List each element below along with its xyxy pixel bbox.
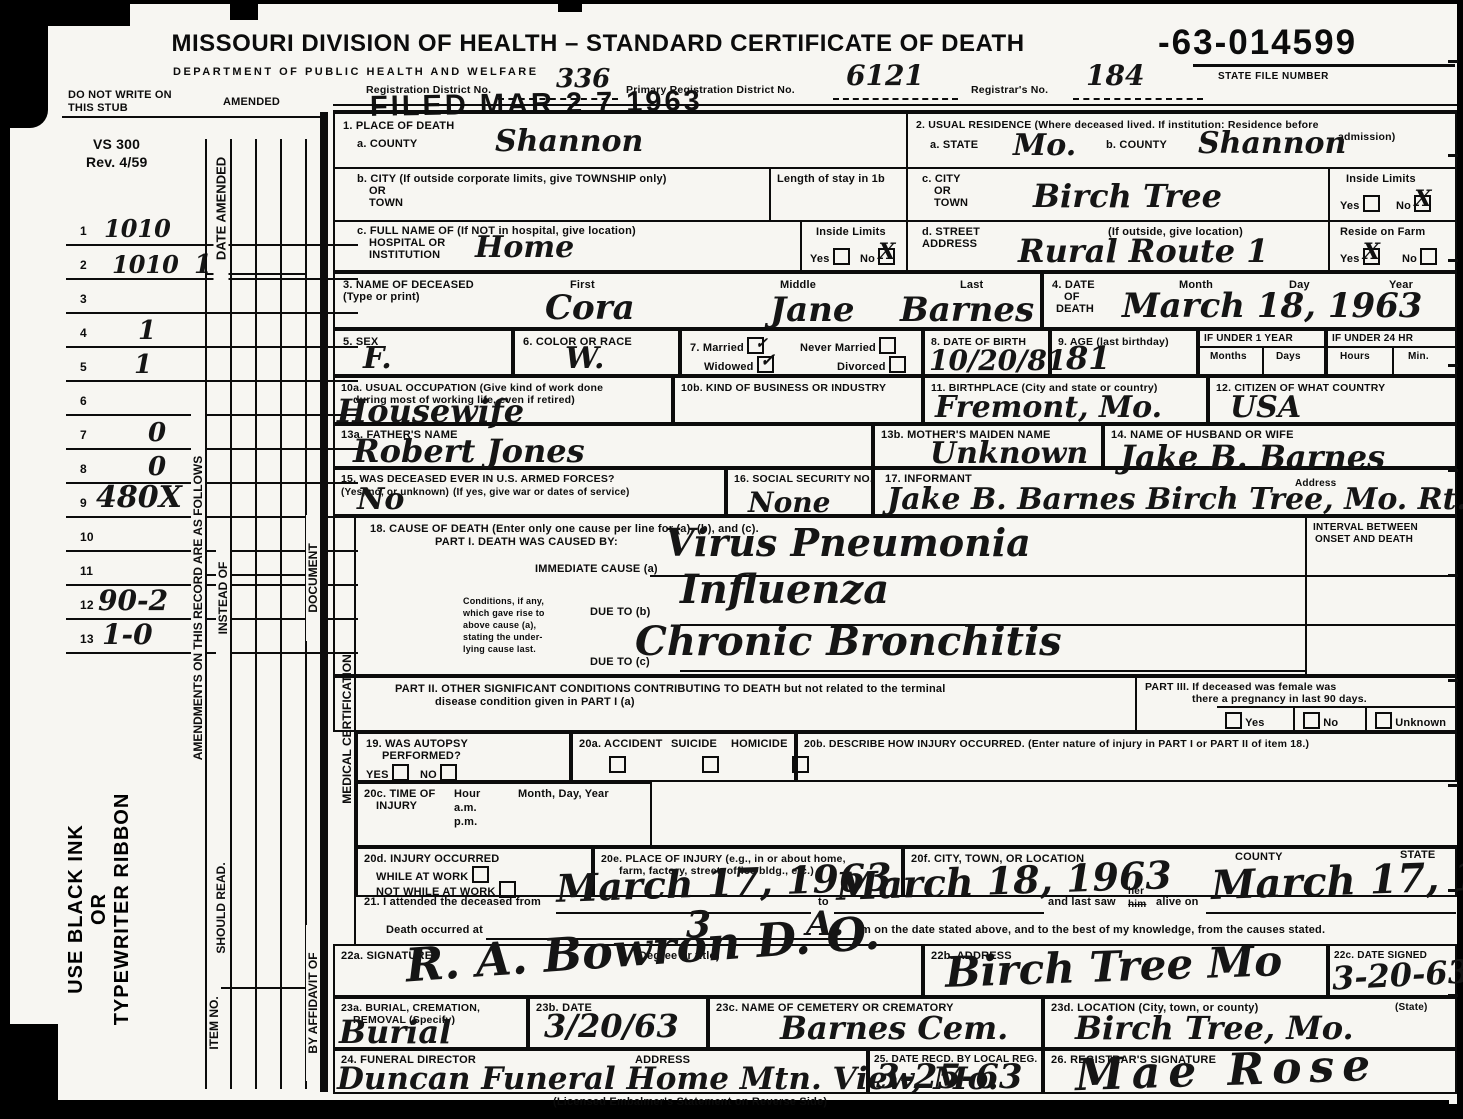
cause-c-value: Chronic Bronchitis <box>635 618 1062 665</box>
field-8-value: 10/20/81 <box>929 344 1066 377</box>
stub-row-num: 11 <box>80 564 93 578</box>
rule-line <box>833 98 958 100</box>
grid-line <box>1365 708 1367 730</box>
checkbox-never-married <box>879 337 896 354</box>
field-23b-date: 23b. DATE 3/20/63 <box>528 997 708 1049</box>
field-13b-value: Unknown <box>930 436 1088 471</box>
field-15-label3: (If yes, give war or dates of service) <box>453 487 630 499</box>
rule-line <box>62 116 320 118</box>
stub-item-no-label: ITEM NO. <box>207 975 221 1071</box>
pregnancy-unknown: Unknown <box>1375 712 1446 730</box>
checkbox-widowed: ✓ <box>757 356 774 373</box>
stub-row: 9480X <box>66 482 358 518</box>
field-22b-address: 22b. ADDRESS Birch Tree Mo <box>923 944 1328 997</box>
checkbox-no <box>440 764 457 781</box>
part3-options: Yes No Unknown <box>1217 706 1457 732</box>
months-label: Months <box>1210 351 1247 363</box>
reside-on-farm-label: Reside on Farm <box>1340 226 1425 239</box>
hours-cell: Hours <box>1328 346 1394 376</box>
field-26-registrar-signature: 26. REGISTRAR'S SIGNATURE Mae Rose <box>1043 1049 1457 1094</box>
stub-row-num: 10 <box>80 530 94 544</box>
rule-line <box>1073 98 1203 100</box>
medical-certification-label: MEDICAL CERTIFICATION <box>340 561 354 897</box>
grid-line <box>255 139 257 1089</box>
pregnancy-no: No <box>1303 712 1338 730</box>
field-15-value: No <box>357 482 404 517</box>
use-black-ink-line3: TYPEWRITER RIBBON <box>111 774 134 1044</box>
checkbox-no <box>1420 248 1437 265</box>
field-2c-town: TOWN <box>934 197 968 210</box>
stub-row-num: 7 <box>80 428 87 442</box>
field-13b-mother: 13b. MOTHER'S MAIDEN NAME Unknown <box>873 424 1103 468</box>
farm-no: No <box>1402 248 1437 266</box>
field-7-married: 7. Married ✓ <box>690 337 764 355</box>
stub-row: 51 <box>66 346 358 382</box>
stub-amended-label: AMENDED <box>223 96 280 109</box>
grid-line <box>205 139 207 1089</box>
field-24-funeral-director: 24. FUNERAL DIRECTOR ADDRESS Duncan Fune… <box>333 1049 868 1094</box>
edge-dash <box>1448 784 1458 787</box>
interval-label-1: INTERVAL BETWEEN <box>1313 522 1418 534</box>
field-13a-father: 13a. FATHER'S NAME Robert Jones <box>333 424 873 468</box>
stub-date-amended-label: DATE AMENDED <box>214 136 229 282</box>
field-20a-manner: 20a. ACCIDENT SUICIDE HOMICIDE <box>571 732 796 782</box>
field-21-alive: alive on <box>1156 896 1199 909</box>
scan-artifact <box>0 124 10 1114</box>
field-4-date-of-death: 4. DATE OF DEATH Month Day Year March 18… <box>1042 272 1457 329</box>
registrar-no-label: Registrar's No. <box>971 84 1048 96</box>
days-label: Days <box>1276 351 1301 363</box>
field-9-under-1-year: IF UNDER 1 YEAR Months Days <box>1198 329 1326 376</box>
field-1a-county-label: a. COUNTY <box>357 138 417 151</box>
conditions-note-3: above cause (a), <box>463 620 536 631</box>
stub-row-num: 4 <box>80 326 87 340</box>
stub-row: 41 <box>66 312 358 348</box>
field-25-value: 3-25-63 <box>876 1057 1023 1097</box>
part3-label-1: PART III. If deceased was female was <box>1145 681 1336 693</box>
field-1a-county-value: Shannon <box>495 124 643 159</box>
field-2a-state-label: a. STATE <box>930 139 978 152</box>
cause-a-value: Virus Pneumonia <box>665 520 1031 565</box>
stub-row-value: 0 <box>148 418 166 448</box>
field-18-cause-of-death: 18. CAUSE OF DEATH (Enter only one cause… <box>333 516 1457 676</box>
field-1b-length-cell: Length of stay in 1b <box>769 169 908 220</box>
field-2d-label2: ADDRESS <box>922 238 977 251</box>
field-23c-value: Barnes Cem. <box>780 1009 1008 1047</box>
field-1c-inside-limits-cell: Inside Limits Yes No X <box>800 222 908 270</box>
field-19-label2: PERFORMED? <box>382 750 461 763</box>
field-18-part1: PART I. DEATH WAS CAUSED BY: <box>435 536 618 549</box>
rule-line <box>1307 624 1457 626</box>
field-7-divorced: Divorced <box>837 356 906 374</box>
field-15-armed-forces: 15. WAS DECEASED EVER IN U.S. ARMED FORC… <box>333 468 726 516</box>
field-11-birthplace: 11. BIRTHPLACE (City and state or countr… <box>923 376 1208 424</box>
checkbox-yes <box>833 248 850 265</box>
conditions-note-5: lying cause last. <box>463 644 536 655</box>
stub-row-value: 1 <box>134 350 152 380</box>
scan-artifact <box>0 0 48 128</box>
stub-row-value: 1 <box>138 316 156 346</box>
field-11-value: Fremont, Mo. <box>935 390 1162 425</box>
stub-should-read-label: SHOULD READ. <box>214 840 228 976</box>
stub-row-value: 1010 <box>104 214 171 243</box>
state-file-label: STATE FILE NUMBER <box>1218 71 1329 83</box>
part3-box: PART III. If deceased was female was the… <box>1135 678 1457 730</box>
under-24-hr-label: IF UNDER 24 HR <box>1332 333 1413 345</box>
stub-amended-mark: 1 <box>194 250 212 280</box>
checkbox-yes <box>1225 712 1242 729</box>
field-7-never-married: Never Married <box>800 337 896 355</box>
registrar-no-value: 184 <box>1086 59 1144 92</box>
rule-line <box>1307 575 1457 577</box>
field-22b-value: Birch Tree Mo <box>944 936 1283 997</box>
field-21-mid: and last saw <box>1048 896 1116 909</box>
field-10a-occupation: 10a. USUAL OCCUPATION (Give kind of work… <box>333 376 673 424</box>
field-23c-cemetery: 23c. NAME OF CEMETERY OR CREMATORY Barne… <box>708 997 1043 1049</box>
field-23b-value: 3/20/63 <box>544 1007 679 1045</box>
stub-row-value: 0 <box>148 452 166 482</box>
am-label: a.m. <box>454 802 477 815</box>
inside-limits-no: No X <box>1396 195 1431 213</box>
field-4-title3: DEATH <box>1056 303 1094 316</box>
embalmer-note: (Licensed Embalmer's Statement on Revers… <box>553 1096 827 1109</box>
field-23a-value: Burial <box>339 1013 451 1051</box>
field-1b-city: b. CITY (If outside corporate limits, gi… <box>335 167 906 222</box>
stub-row: 6 <box>66 380 358 416</box>
stub-row: 70 <box>66 414 358 450</box>
field-10b-label: 10b. KIND OF BUSINESS OR INDUSTRY <box>681 382 886 394</box>
inside-limits-no: No X <box>860 248 895 266</box>
field-20d-label: 20d. INJURY OCCURRED <box>364 853 499 866</box>
field-5-value: F. <box>363 341 392 376</box>
field-9-age: 9. AGE (last birthday) 81 <box>1050 329 1198 376</box>
field-10b-industry: 10b. KIND OF BUSINESS OR INDUSTRY <box>673 376 923 424</box>
use-black-ink-note: USE BLACK INK OR TYPEWRITER RIBBON <box>65 774 185 1044</box>
stub-amendments-label: AMENDMENTS ON THIS RECORD ARE AS FOLLOWS <box>191 395 205 821</box>
scanned-death-certificate: MISSOURI DIVISION OF HEALTH – STANDARD C… <box>0 0 1463 1119</box>
use-black-ink-line2: OR <box>88 774 111 1044</box>
state-file-number: -63-014599 <box>1158 22 1357 63</box>
suicide-label: SUICIDE <box>671 738 717 751</box>
farm-yes: Yes X <box>1340 248 1380 266</box>
rule-line <box>680 670 1305 672</box>
stub-row-num: 8 <box>80 462 87 476</box>
field-1b-label: b. CITY (If outside corporate limits, gi… <box>357 173 667 186</box>
stub-row-value: 90-2 <box>98 584 168 617</box>
field-2d-value: Rural Route 1 <box>1018 232 1269 270</box>
department-line: DEPARTMENT OF PUBLIC HEALTH AND WELFARE <box>173 66 539 79</box>
field-14-spouse: 14. NAME OF HUSBAND OR WIFE Jake B. Barn… <box>1103 424 1457 468</box>
month-day-year-label: Month, Day, Year <box>518 788 609 801</box>
stub-row-num: 12 <box>80 598 94 612</box>
field-1c-value: Home <box>475 230 574 265</box>
min-cell: Min. <box>1392 346 1455 376</box>
field-18-part2-row: PART II. OTHER SIGNIFICANT CONDITIONS CO… <box>333 676 1457 732</box>
under-1-year-label: IF UNDER 1 YEAR <box>1204 333 1293 345</box>
field-25-date-received: 25. DATE RECD. BY LOCAL REG. 3-25-63 <box>868 1049 1043 1094</box>
field-2-title2: admission) <box>1338 131 1395 143</box>
autopsy-no: NO <box>420 764 457 782</box>
inside-limits-yes: Yes <box>1340 195 1380 213</box>
stub-form-code: VS 300 <box>93 136 140 153</box>
field-20b-describe-injury: 20b. DESCRIBE HOW INJURY OCCURRED. (Ente… <box>796 732 1457 782</box>
pregnancy-yes: Yes <box>1225 712 1265 730</box>
field-20c-time-of-injury: 20c. TIME OF INJURY Hour a.m. p.m. Month… <box>356 782 652 847</box>
field-9-under-24-hr: IF UNDER 24 HR Hours Min. <box>1326 329 1457 376</box>
certificate-page: MISSOURI DIVISION OF HEALTH – STANDARD C… <box>8 4 1457 1104</box>
stub-by-affidavit-label: BY AFFIDAVIT OF <box>306 925 320 1081</box>
checkbox-yes: X <box>1363 248 1380 265</box>
field-16-value: None <box>748 486 830 519</box>
conditions-note-1: Conditions, if any, <box>463 596 544 607</box>
edge-dash <box>1448 60 1458 63</box>
hours-label: Hours <box>1340 351 1370 363</box>
field-19-autopsy: 19. WAS AUTOPSY PERFORMED? YES NO <box>356 732 571 782</box>
scan-artifact <box>558 0 582 12</box>
checkbox-unknown <box>1375 712 1392 729</box>
inside-limits-yes: Yes <box>810 248 850 266</box>
field-2-usual-residence: 2. USUAL RESIDENCE (Where deceased lived… <box>906 112 1457 272</box>
stub-row-num: 5 <box>80 360 87 374</box>
accident-label: 20a. ACCIDENT <box>579 738 663 751</box>
field-7-widowed: Widowed ✓ <box>704 356 774 374</box>
rule-line <box>1193 64 1455 67</box>
primary-reg-value: 6121 <box>846 59 924 92</box>
field-20b-label: 20b. DESCRIBE HOW INJURY OCCURRED. (Ente… <box>804 738 1309 750</box>
stub-row-num: 2 <box>80 258 87 272</box>
checkbox-yes <box>392 764 409 781</box>
checkbox-yes <box>1363 195 1380 212</box>
stub-do-not-write: DO NOT WRITE ON THIS STUB <box>68 89 198 115</box>
part2-label-2: disease condition given in PART I (a) <box>435 696 635 709</box>
field-16-label: 16. SOCIAL SECURITY NO. <box>734 473 873 485</box>
rule-line <box>1206 912 1456 914</box>
checkbox-accident <box>609 756 626 773</box>
pm-label: p.m. <box>454 816 477 829</box>
interval-column: INTERVAL BETWEEN ONSET AND DEATH <box>1305 518 1457 674</box>
checkbox-x-mark: X <box>1363 239 1380 265</box>
field-3-first-value: Cora <box>545 288 635 328</box>
field-2c-value: Birch Tree <box>1033 177 1222 215</box>
field-21-post: m on the date stated above, and to the b… <box>861 924 1325 937</box>
cause-b-value: Influenza <box>680 566 889 613</box>
field-12-citizen: 12. CITIZEN OF WHAT COUNTRY USA <box>1208 376 1457 424</box>
grid-line <box>230 139 232 1089</box>
stub-form-divider <box>320 112 328 1092</box>
field-9-value: 81 <box>1066 339 1111 377</box>
conditions-note-2: which gave rise to <box>463 608 545 619</box>
field-12-value: USA <box>1230 390 1301 425</box>
field-7-marital-status: 7. Married ✓ Never Married Widowed ✓ Div… <box>680 329 923 376</box>
field-22c-value: 3-20-63 <box>1331 952 1463 997</box>
field-2b-county-label: b. COUNTY <box>1106 139 1167 152</box>
state-sub-label: (State) <box>1395 1002 1428 1014</box>
field-2d-farm-cell: Reside on Farm Yes X No <box>1328 222 1457 270</box>
form-title: MISSOURI DIVISION OF HEALTH – STANDARD C… <box>153 30 1043 58</box>
stub-row-num: 1 <box>80 224 87 238</box>
homicide-label: HOMICIDE <box>731 738 788 751</box>
rule-line <box>333 104 1457 106</box>
field-2a-state-value: Mo. <box>1013 128 1076 163</box>
hour-label: Hour <box>454 788 480 801</box>
field-13a-value: Robert Jones <box>353 432 585 470</box>
registrar-signature-value: Mae Rose <box>1074 1040 1379 1102</box>
conditions-note-4: stating the under- <box>463 632 543 643</box>
scan-artifact <box>230 0 258 20</box>
field-17-informant: 17. INFORMANT Address Jake B. Barnes Bir… <box>873 468 1457 516</box>
field-21-pre: 21. I attended the deceased from <box>364 896 541 909</box>
field-16-ssn: 16. SOCIAL SECURITY NO. None <box>726 468 873 516</box>
stub-row: 80 <box>66 448 358 484</box>
field-2b-county-value: Shannon <box>1198 126 1346 161</box>
field-2d-street: d. STREET ADDRESS (If outside, give loca… <box>908 220 1455 272</box>
checkbox-check-mark: ✓ <box>760 350 775 371</box>
checkbox-no: X <box>1414 195 1431 212</box>
checkbox-x-mark: X <box>1414 186 1431 212</box>
stub-form-rev: Rev. 4/59 <box>86 154 147 171</box>
field-3-name-of-deceased: 3. NAME OF DECEASED (Type or print) Firs… <box>333 272 1042 329</box>
stub-row: 11010 <box>66 210 358 246</box>
him-printed: him <box>1128 899 1146 911</box>
stub-row-num: 13 <box>80 632 94 646</box>
field-1-place-of-death: 1. PLACE OF DEATH a. COUNTY Shannon b. C… <box>333 112 908 272</box>
checkbox-suicide <box>702 756 719 773</box>
field-2c-inside-limits-cell: Inside Limits Yes No X <box>1328 169 1457 220</box>
field-1c-hospital: c. FULL NAME OF (If NOT in hospital, giv… <box>335 220 906 272</box>
stub-document-label: DOCUMENT <box>306 515 320 641</box>
stub-row-num: 3 <box>80 292 87 306</box>
inside-limits-label: Inside Limits <box>1346 173 1416 186</box>
field-3-last-value: Barnes <box>900 290 1034 330</box>
days-cell: Days <box>1262 346 1324 376</box>
grid-line <box>280 139 282 1089</box>
field-20c-label2: INJURY <box>376 800 417 813</box>
field-3-hint: (Type or print) <box>343 291 420 304</box>
interval-label-2: ONSET AND DEATH <box>1315 534 1413 546</box>
stub-row-num: 9 <box>80 496 87 510</box>
field-4-value: March 18, 1963 <box>1122 286 1422 326</box>
field-1b-town: TOWN <box>369 197 403 210</box>
field-2c-city: c. CITY OR TOWN Birch Tree Inside Limits… <box>908 167 1455 222</box>
checkbox-x-mark: X <box>878 239 895 265</box>
field-1c-label3: INSTITUTION <box>369 249 440 262</box>
field-6-color-or-race: 6. COLOR OR RACE W. <box>513 329 680 376</box>
field-6-value: W. <box>565 341 604 376</box>
checkbox-divorced <box>889 356 906 373</box>
her-annotation: her <box>1128 886 1144 898</box>
field-23a-burial: 23a. BURIAL, CREMATION, REMOVAL (Specify… <box>333 997 528 1049</box>
field-8-date-of-birth: 8. DATE OF BIRTH 10/20/81 <box>923 329 1050 376</box>
stub-row-value: 1010 <box>112 250 179 279</box>
field-22a-signature: 22a. SIGNATURE (Degree or title) R. A. B… <box>333 944 923 997</box>
field-23d-location: 23d. LOCATION (City, town, or county) (S… <box>1043 997 1457 1049</box>
field-5-sex: 5. SEX F. <box>333 329 513 376</box>
length-of-stay-label: Length of stay in 1b <box>777 173 885 186</box>
use-black-ink-line1: USE BLACK INK <box>65 774 88 1044</box>
grid-line <box>354 516 356 944</box>
field-17-value: Jake B. Barnes Birch Tree, Mo. Rt. 1 <box>887 482 1463 517</box>
stub-row: 3 <box>66 278 358 314</box>
grid-line <box>1293 708 1295 730</box>
months-cell: Months <box>1200 346 1264 376</box>
part3-label-2: there a pregnancy in last 90 days. <box>1192 693 1367 705</box>
field-1-title: 1. PLACE OF DEATH <box>343 120 454 133</box>
stub-instead-of-label: INSTEAD OF <box>216 540 230 656</box>
stub-row-value: 480X <box>96 480 182 515</box>
checkbox-no <box>1303 712 1320 729</box>
min-label: Min. <box>1408 351 1429 363</box>
inside-limits-label: Inside Limits <box>816 226 886 239</box>
part2-label-1: PART II. OTHER SIGNIFICANT CONDITIONS CO… <box>395 683 945 696</box>
autopsy-yes: YES <box>366 764 409 782</box>
stub-row-num: 6 <box>80 394 87 408</box>
field-3-middle-value: Jane <box>770 290 854 330</box>
field-22c-date-signed: 22c. DATE SIGNED 3-20-63 <box>1328 944 1457 997</box>
stub-row-value: 1-0 <box>102 618 153 651</box>
immediate-cause-label: IMMEDIATE CAUSE (a) <box>535 563 658 576</box>
checkbox-no: X <box>878 248 895 265</box>
